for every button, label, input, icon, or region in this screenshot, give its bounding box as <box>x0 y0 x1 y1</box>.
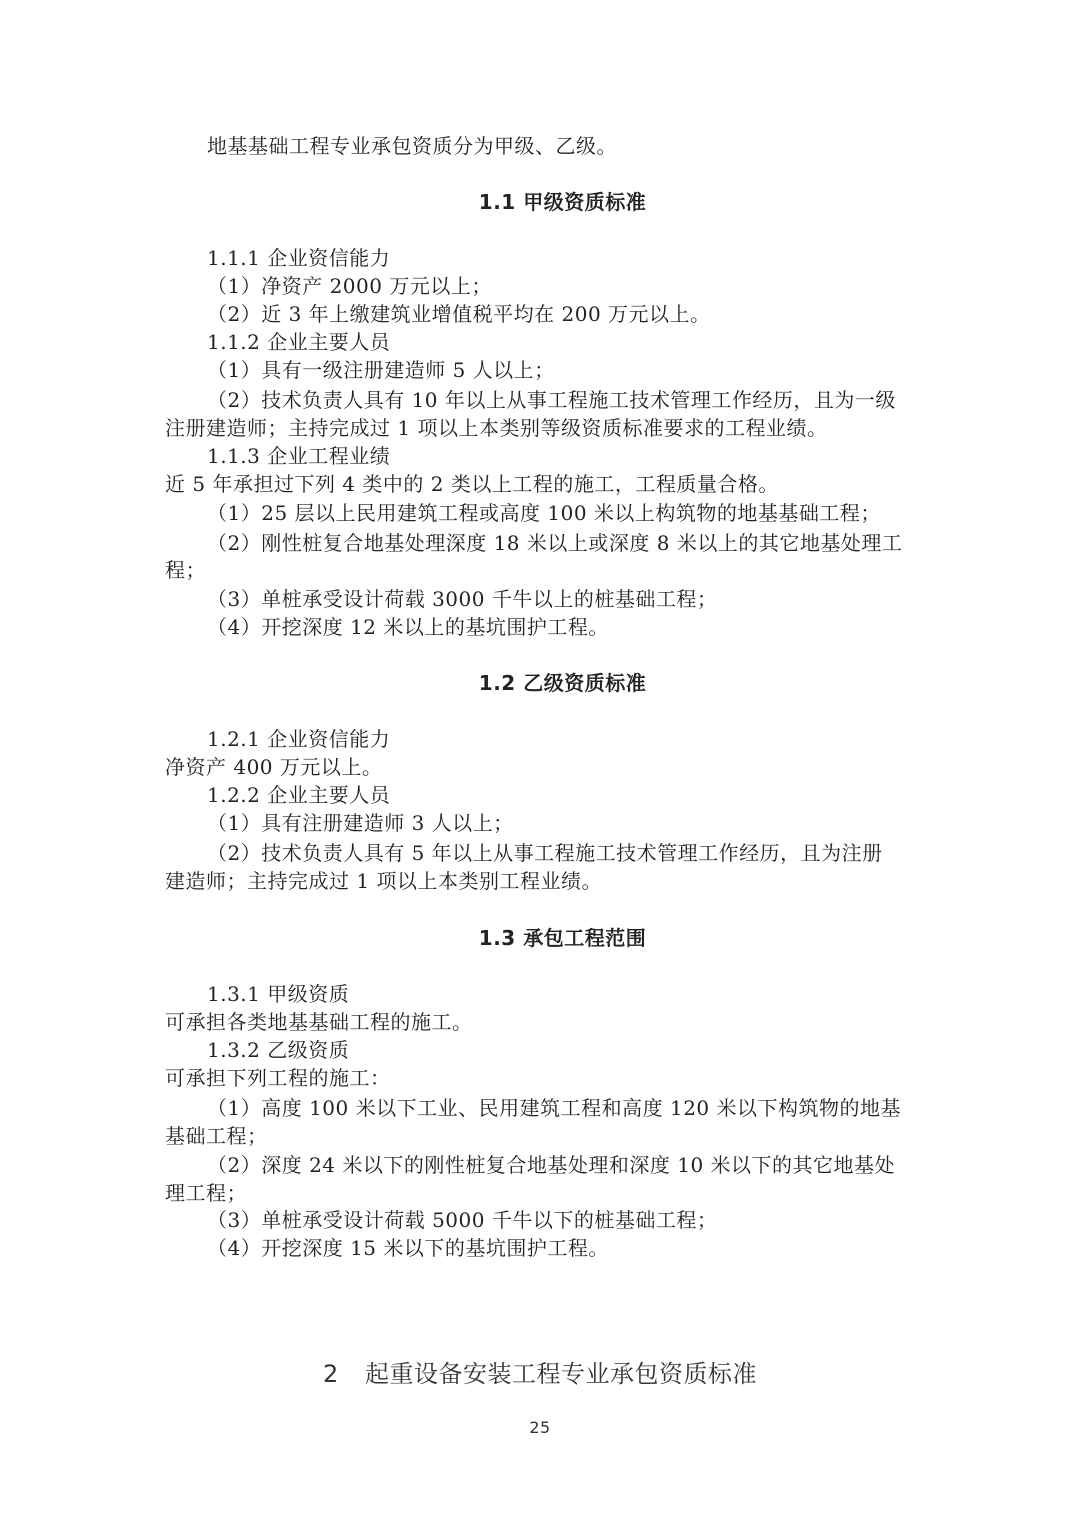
subsection-title-1-3-2: 1.3.2 乙级资质 <box>207 1036 349 1064</box>
paragraph: 可承担各类地基基础工程的施工。 <box>165 1008 473 1036</box>
list-item: （2）技术负责人具有 10 年以上从事工程施工技术管理工作经历，且为一级 <box>207 386 896 414</box>
list-item: （1）25 层以上民用建筑工程或高度 100 米以上构筑物的地基基础工程； <box>207 499 881 527</box>
section-heading-1-3: 1.3 承包工程范围 <box>0 924 1080 952</box>
chapter-heading: 2 起重设备安装工程专业承包资质标准 <box>0 1360 1080 1388</box>
subsection-title-1-1-1: 1.1.1 企业资信能力 <box>207 244 390 272</box>
intro-paragraph: 地基基础工程专业承包资质分为甲级、乙级。 <box>207 132 617 160</box>
subsection-title-1-2-2: 1.2.2 企业主要人员 <box>207 781 390 809</box>
paragraph: 净资产 400 万元以上。 <box>165 753 382 781</box>
paragraph: 近 5 年承担过下列 4 类中的 2 类以上工程的施工，工程质量合格。 <box>165 470 779 498</box>
section-heading-1-2: 1.2 乙级资质标准 <box>0 669 1080 697</box>
list-item-continuation: 注册建造师；主持完成过 1 项以上本类别等级资质标准要求的工程业绩。 <box>165 414 827 442</box>
subsection-title-1-2-1: 1.2.1 企业资信能力 <box>207 725 390 753</box>
subsection-title-1-1-2: 1.1.2 企业主要人员 <box>207 328 390 356</box>
subsection-title-1-3-1: 1.3.1 甲级资质 <box>207 980 349 1008</box>
list-item: （2）近 3 年上缴建筑业增值税平均在 200 万元以上。 <box>207 300 711 328</box>
list-item: （1）高度 100 米以下工业、民用建筑工程和高度 120 米以下构筑物的地基 <box>207 1094 901 1122</box>
list-item: （3）单桩承受设计荷载 3000 千牛以上的桩基础工程； <box>207 585 717 613</box>
subsection-title-1-1-3: 1.1.3 企业工程业绩 <box>207 442 390 470</box>
list-item-continuation: 建造师；主持完成过 1 项以上本类别工程业绩。 <box>165 867 602 895</box>
list-item: （2）刚性桩复合地基处理深度 18 米以上或深度 8 米以上的其它地基处理工 <box>207 529 902 557</box>
list-item: （3）单桩承受设计荷载 5000 千牛以下的桩基础工程； <box>207 1206 717 1234</box>
list-item: （2）深度 24 米以下的刚性桩复合地基处理和深度 10 米以下的其它地基处 <box>207 1151 895 1179</box>
section-heading-1-1: 1.1 甲级资质标准 <box>0 188 1080 216</box>
page-number: 25 <box>0 1414 1080 1442</box>
list-item: （1）净资产 2000 万元以上； <box>207 272 492 300</box>
list-item: （4）开挖深度 12 米以上的基坑围护工程。 <box>207 613 609 641</box>
list-item-continuation: 程； <box>165 556 206 584</box>
paragraph: 可承担下列工程的施工： <box>165 1064 391 1092</box>
list-item: （2）技术负责人具有 5 年以上从事工程施工技术管理工作经历，且为注册 <box>207 839 883 867</box>
list-item: （4）开挖深度 15 米以下的基坑围护工程。 <box>207 1234 609 1262</box>
list-item-continuation: 基础工程； <box>165 1122 268 1150</box>
list-item-continuation: 理工程； <box>165 1179 247 1207</box>
list-item: （1）具有注册建造师 3 人以上； <box>207 809 514 837</box>
list-item: （1）具有一级注册建造师 5 人以上； <box>207 356 555 384</box>
